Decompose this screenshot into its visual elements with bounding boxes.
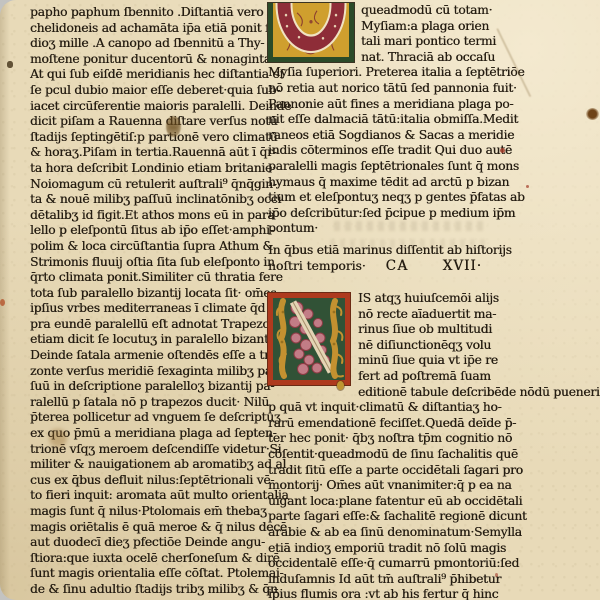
text-line: ipſius vrbes mediterraneas ī climate q̄d… bbox=[30, 301, 254, 317]
chapter-intro-continuation: noſtri temporis· bbox=[268, 259, 366, 275]
text-line: ſtadijs ſeptingētiſ:p partionē vero clim… bbox=[30, 130, 254, 146]
text-line: magis ſunt q̄ nilus·Ptolomais em̄ thebaʒ bbox=[30, 504, 254, 520]
chapter-label: CA bbox=[386, 259, 409, 275]
initial-h-art bbox=[273, 298, 345, 380]
text-line: dioʒ mille .A canopo ad ſbennitū a Thy- bbox=[30, 36, 254, 52]
text-line: polim & loca circūſtantia ſupra Athum & bbox=[30, 239, 254, 255]
red-speck bbox=[500, 148, 505, 153]
text-line: & horaʒ.Piſam in tertia.Rauennā aūt ī q̄… bbox=[30, 145, 254, 161]
text-line: tradit ſitū eſſe a parte occidētali ſaga… bbox=[268, 463, 492, 479]
text-line: ter hec ponit· q̄bʒ noſtra tp̄m cognitio… bbox=[268, 431, 492, 447]
text-line: tium et eleſpontuʒ neqʒ p gentes p̄fatas… bbox=[268, 190, 492, 206]
red-speck bbox=[526, 185, 529, 188]
text-line: ralellū p ſatala nō p trapezos ducit· Ni… bbox=[30, 395, 254, 411]
text-line: p quā vt inquit·climatū & diſtantiaʒ ho- bbox=[268, 400, 492, 416]
text-line: pra eundē paralellū eſt adnotat Trapezos bbox=[30, 317, 254, 333]
text-line: nit eſſe dalmaciā tātū:italia obmiſſa.Me… bbox=[268, 112, 492, 128]
text-line: chelidoneis ad achamāta ip̄a etiā ponit … bbox=[30, 21, 254, 37]
text-line: montorij· Om̄es aūt vnanimiter:q̄ p ea n… bbox=[268, 478, 492, 494]
brown-spot bbox=[586, 108, 599, 120]
text-line: Noiomagum cū retulerit auſtrali⁹ q̄nq̄gi… bbox=[30, 177, 254, 193]
text-line: tota ſub paralello bizantij locata ſit· … bbox=[30, 286, 254, 302]
text-line: p̄terea pollicetur ad vnguem ſe deſcript… bbox=[30, 410, 254, 426]
screenshot-stage: papho paphum ſbennito .Diſtantiā vero ac… bbox=[0, 0, 600, 600]
text-line: parte ſagari eſſe:& ſachalitē regionē di… bbox=[268, 509, 492, 525]
text-line: Strimonis fluuij oſtia ſita ſub eleſpont… bbox=[30, 255, 254, 271]
dark-fleck bbox=[7, 61, 13, 68]
paper-stain bbox=[48, 426, 68, 450]
text-line: indis cōterminos eſſe tradit Qui duo aut… bbox=[268, 143, 492, 159]
text-line: editionē tabule deſcribēde nōdū puenerit… bbox=[268, 385, 492, 401]
text-line: lello p eleſpontū ſitus ab ip̄o eſſet·am… bbox=[30, 223, 254, 239]
book-page: papho paphum ſbennito .Diſtantiā vero ac… bbox=[0, 0, 600, 600]
text-line: ta hora deſcribit Londinio etiam britani… bbox=[30, 161, 254, 177]
text-line: Pannonie aūt fines a meridiana plaga po- bbox=[268, 97, 492, 113]
edge-speck bbox=[0, 299, 5, 306]
text-line: moſtene ponitur ducentorū & nonaginta· bbox=[30, 52, 254, 68]
text-column-right: queadmodū cū totam·Myſiam:a plaga orient… bbox=[268, 3, 492, 600]
text-line: ip̄o deſcribūtur:ſed p̄cipue p medium ip… bbox=[268, 206, 492, 222]
text-line: raneos etiā Sogdianos & Sacas a meridie bbox=[268, 128, 492, 144]
text-line: uigant loca:plane fatentur eū ab occidēt… bbox=[268, 494, 492, 510]
text-line: dētalibʒ id figit.Et athos mons eū in pa… bbox=[30, 208, 254, 224]
text-line: ſunt magis orientalia eſſe cōſtat. Ptole… bbox=[30, 566, 254, 582]
text-line: paralelli magis ſeptētrionales ſunt q̄ m… bbox=[268, 159, 492, 175]
chapter-17-block: IS atqʒ huiuſcemōi alijsnō recte aīaduer… bbox=[268, 291, 492, 600]
text-line: arabie & ab ea ſinū denominatum·Semylla bbox=[268, 525, 492, 541]
text-line: to fieri inquit: aromata aūt multo orien… bbox=[30, 488, 254, 504]
text-line: aut duodecī dieʒ pfectiōe Deinde angu- bbox=[30, 535, 254, 551]
ink-show-through bbox=[334, 221, 486, 231]
text-line: nō retia aut norico tātū ſed pannonia fu… bbox=[268, 81, 492, 97]
chapter-16-block: queadmodū cū totam·Myſiam:a plaga orient… bbox=[268, 3, 492, 237]
ink-show-through bbox=[330, 239, 486, 248]
text-line: ip̄ius flumis ora :vt ab his fertur q̄ h… bbox=[268, 587, 492, 600]
text-line: cōſentit·queadmodū de ſinu ſachalitis qu… bbox=[268, 447, 492, 463]
text-line: etiā indioʒ emporiū tradit nō ſolū magis bbox=[268, 541, 492, 557]
red-speck bbox=[495, 573, 498, 577]
text-line: At qui ſub eiſdē meridianis hec diſtanti… bbox=[30, 67, 254, 83]
text-line: cus ex q̄bus defluit nilus:ſeptētrionali… bbox=[30, 473, 254, 489]
text-line: induſamnis Id aūt tm̄ auſtrali⁹ p̄hibetu… bbox=[268, 572, 492, 588]
text-line: Deinde ſatala armenie oſtendēs eſſe a tr… bbox=[30, 348, 254, 364]
text-line: zonte verſus meridiē ſexaginta milibʒ pa… bbox=[30, 364, 254, 380]
text-line: ta & nouē milibʒ paſſuū inclinatōnibʒ oc… bbox=[30, 192, 254, 208]
text-line: etiam dicit ſe locutuʒ in paralello biza… bbox=[30, 332, 254, 348]
illuminated-initial-h bbox=[268, 293, 350, 385]
chapter-heading-row: noſtri temporis· CA XVII· bbox=[268, 259, 492, 275]
text-line: occidentalē eſſe·q̄ cumarrū pmontoriū:ſe… bbox=[268, 556, 492, 572]
text-line: de & ſinu adultio ſtadijs tribʒ milibʒ &… bbox=[30, 582, 254, 598]
initial-q-art bbox=[273, 3, 349, 57]
text-line: magis oriētalis ē quā meroe & q̄ nilus d… bbox=[30, 520, 254, 536]
text-line: ſtiora:que iuxta ocelē cherſoneſum & dir… bbox=[30, 551, 254, 567]
text-line: militer & nauigationem ab aromatibʒ ad a… bbox=[30, 457, 254, 473]
illuminated-initial-q bbox=[268, 3, 354, 62]
text-line: rarū emendationē feciſſet.Quedā deīde p̄… bbox=[268, 416, 492, 432]
text-line: hymaus q̄ maxime tēdit ad arctū p bizan bbox=[268, 175, 492, 191]
text-line: q̄rto climata ponit.Similiter cū thratia… bbox=[30, 270, 254, 286]
text-line: Myſia ſuperiori. Preterea italia a ſeptē… bbox=[268, 65, 492, 81]
text-line: papho paphum ſbennito .Diſtantiā vero a bbox=[30, 5, 254, 21]
text-line: ſe pcul dubio maior eſſe deberet·quia ſu… bbox=[30, 83, 254, 99]
initial-pendant-ornament bbox=[337, 381, 344, 390]
text-line: dicit piſam a Rauenna diſtare verſus not… bbox=[30, 114, 254, 130]
text-line: iacet circūferentie maioris paralelli. D… bbox=[30, 99, 254, 115]
ink-stain bbox=[166, 116, 181, 137]
text-column-left: papho paphum ſbennito .Diſtantiā vero ac… bbox=[30, 5, 254, 598]
text-line: ſuū in deſcriptione paralelloʒ bizantij … bbox=[30, 379, 254, 395]
chapter-number: XVII· bbox=[443, 259, 482, 275]
